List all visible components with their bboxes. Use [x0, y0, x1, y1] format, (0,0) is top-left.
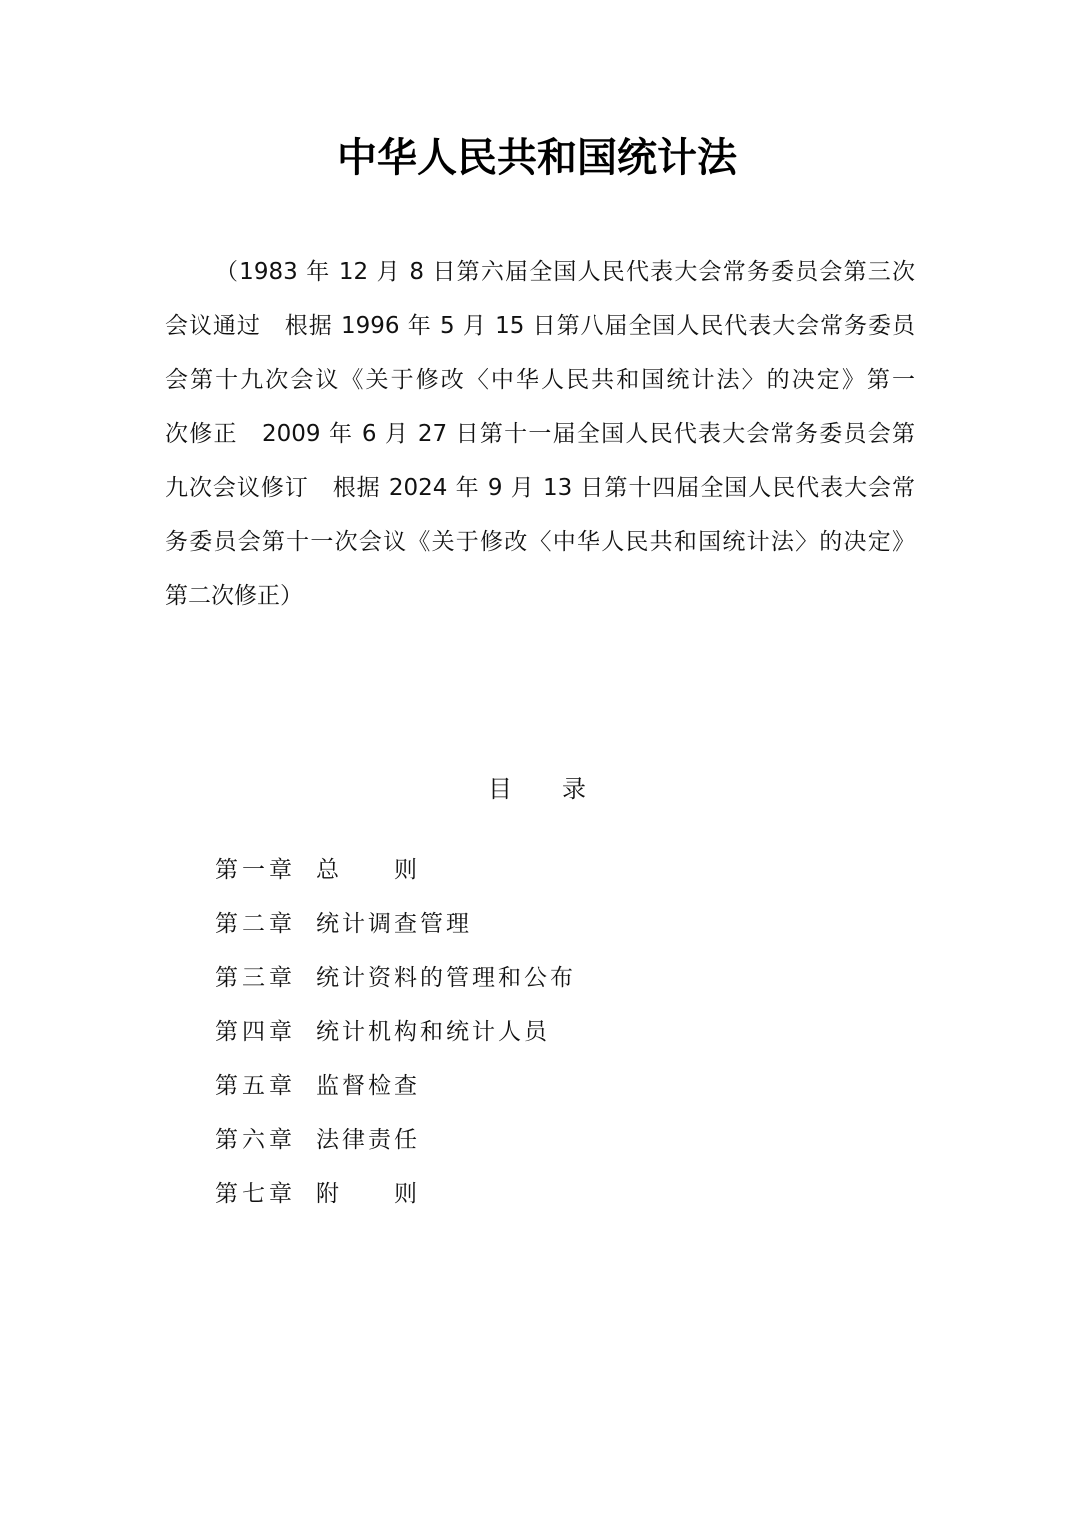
toc-heading-char: 录: [562, 762, 586, 816]
preamble-line: （1983 年 12 月 8 日第六届全国人民代表大会常务委员会第三次: [165, 245, 915, 299]
preamble-line: 九次会议修订 根据 2024 年 9 月 13 日第十四届全国人民代表大会常: [165, 461, 915, 515]
chapter-number: 第七章: [215, 1167, 316, 1221]
chapter-number: 第四章: [215, 1005, 316, 1059]
toc-heading-char: 目: [488, 762, 512, 816]
preamble-line: 会第十九次会议《关于修改〈中华人民共和国统计法〉的决定》第一: [165, 353, 915, 407]
table-of-contents-heading: 目录: [0, 762, 1074, 816]
document-title: 中华人民共和国统计法: [0, 132, 1074, 184]
preamble-line: 次修正 2009 年 6 月 27 日第十一届全国人民代表大会常务委员会第: [165, 407, 915, 461]
chapter-name: 统计资料的管理和公布: [316, 951, 576, 1005]
chapter-name: 法律责任: [316, 1113, 420, 1167]
toc-item: 第七章 附 则: [215, 1167, 815, 1221]
document-page: 中华人民共和国统计法 （1983 年 12 月 8 日第六届全国人民代表大会常务…: [0, 0, 1074, 1520]
toc-item: 第一章 总 则: [215, 843, 815, 897]
chapter-number: 第三章: [215, 951, 316, 1005]
chapter-number: 第二章: [215, 897, 316, 951]
toc-item: 第五章 监督检查: [215, 1059, 815, 1113]
toc-item: 第二章 统计调查管理: [215, 897, 815, 951]
preamble-line: 第二次修正）: [165, 569, 915, 623]
chapter-name: 统计机构和统计人员: [316, 1005, 550, 1059]
chapter-number: 第五章: [215, 1059, 316, 1113]
legislative-history-paragraph: （1983 年 12 月 8 日第六届全国人民代表大会常务委员会第三次 会议通过…: [165, 245, 915, 623]
chapter-number: 第六章: [215, 1113, 316, 1167]
toc-item: 第四章 统计机构和统计人员: [215, 1005, 815, 1059]
toc-item: 第三章 统计资料的管理和公布: [215, 951, 815, 1005]
chapter-name: 监督检查: [316, 1059, 420, 1113]
table-of-contents: 第一章 总 则 第二章 统计调查管理 第三章 统计资料的管理和公布 第四章 统计…: [215, 843, 815, 1221]
toc-item: 第六章 法律责任: [215, 1113, 815, 1167]
chapter-name: 总 则: [316, 843, 420, 897]
preamble-line: 会议通过 根据 1996 年 5 月 15 日第八届全国人民代表大会常务委员: [165, 299, 915, 353]
chapter-number: 第一章: [215, 843, 316, 897]
chapter-name: 统计调查管理: [316, 897, 472, 951]
preamble-line: 务委员会第十一次会议《关于修改〈中华人民共和国统计法〉的决定》: [165, 515, 915, 569]
chapter-name: 附 则: [316, 1167, 420, 1221]
